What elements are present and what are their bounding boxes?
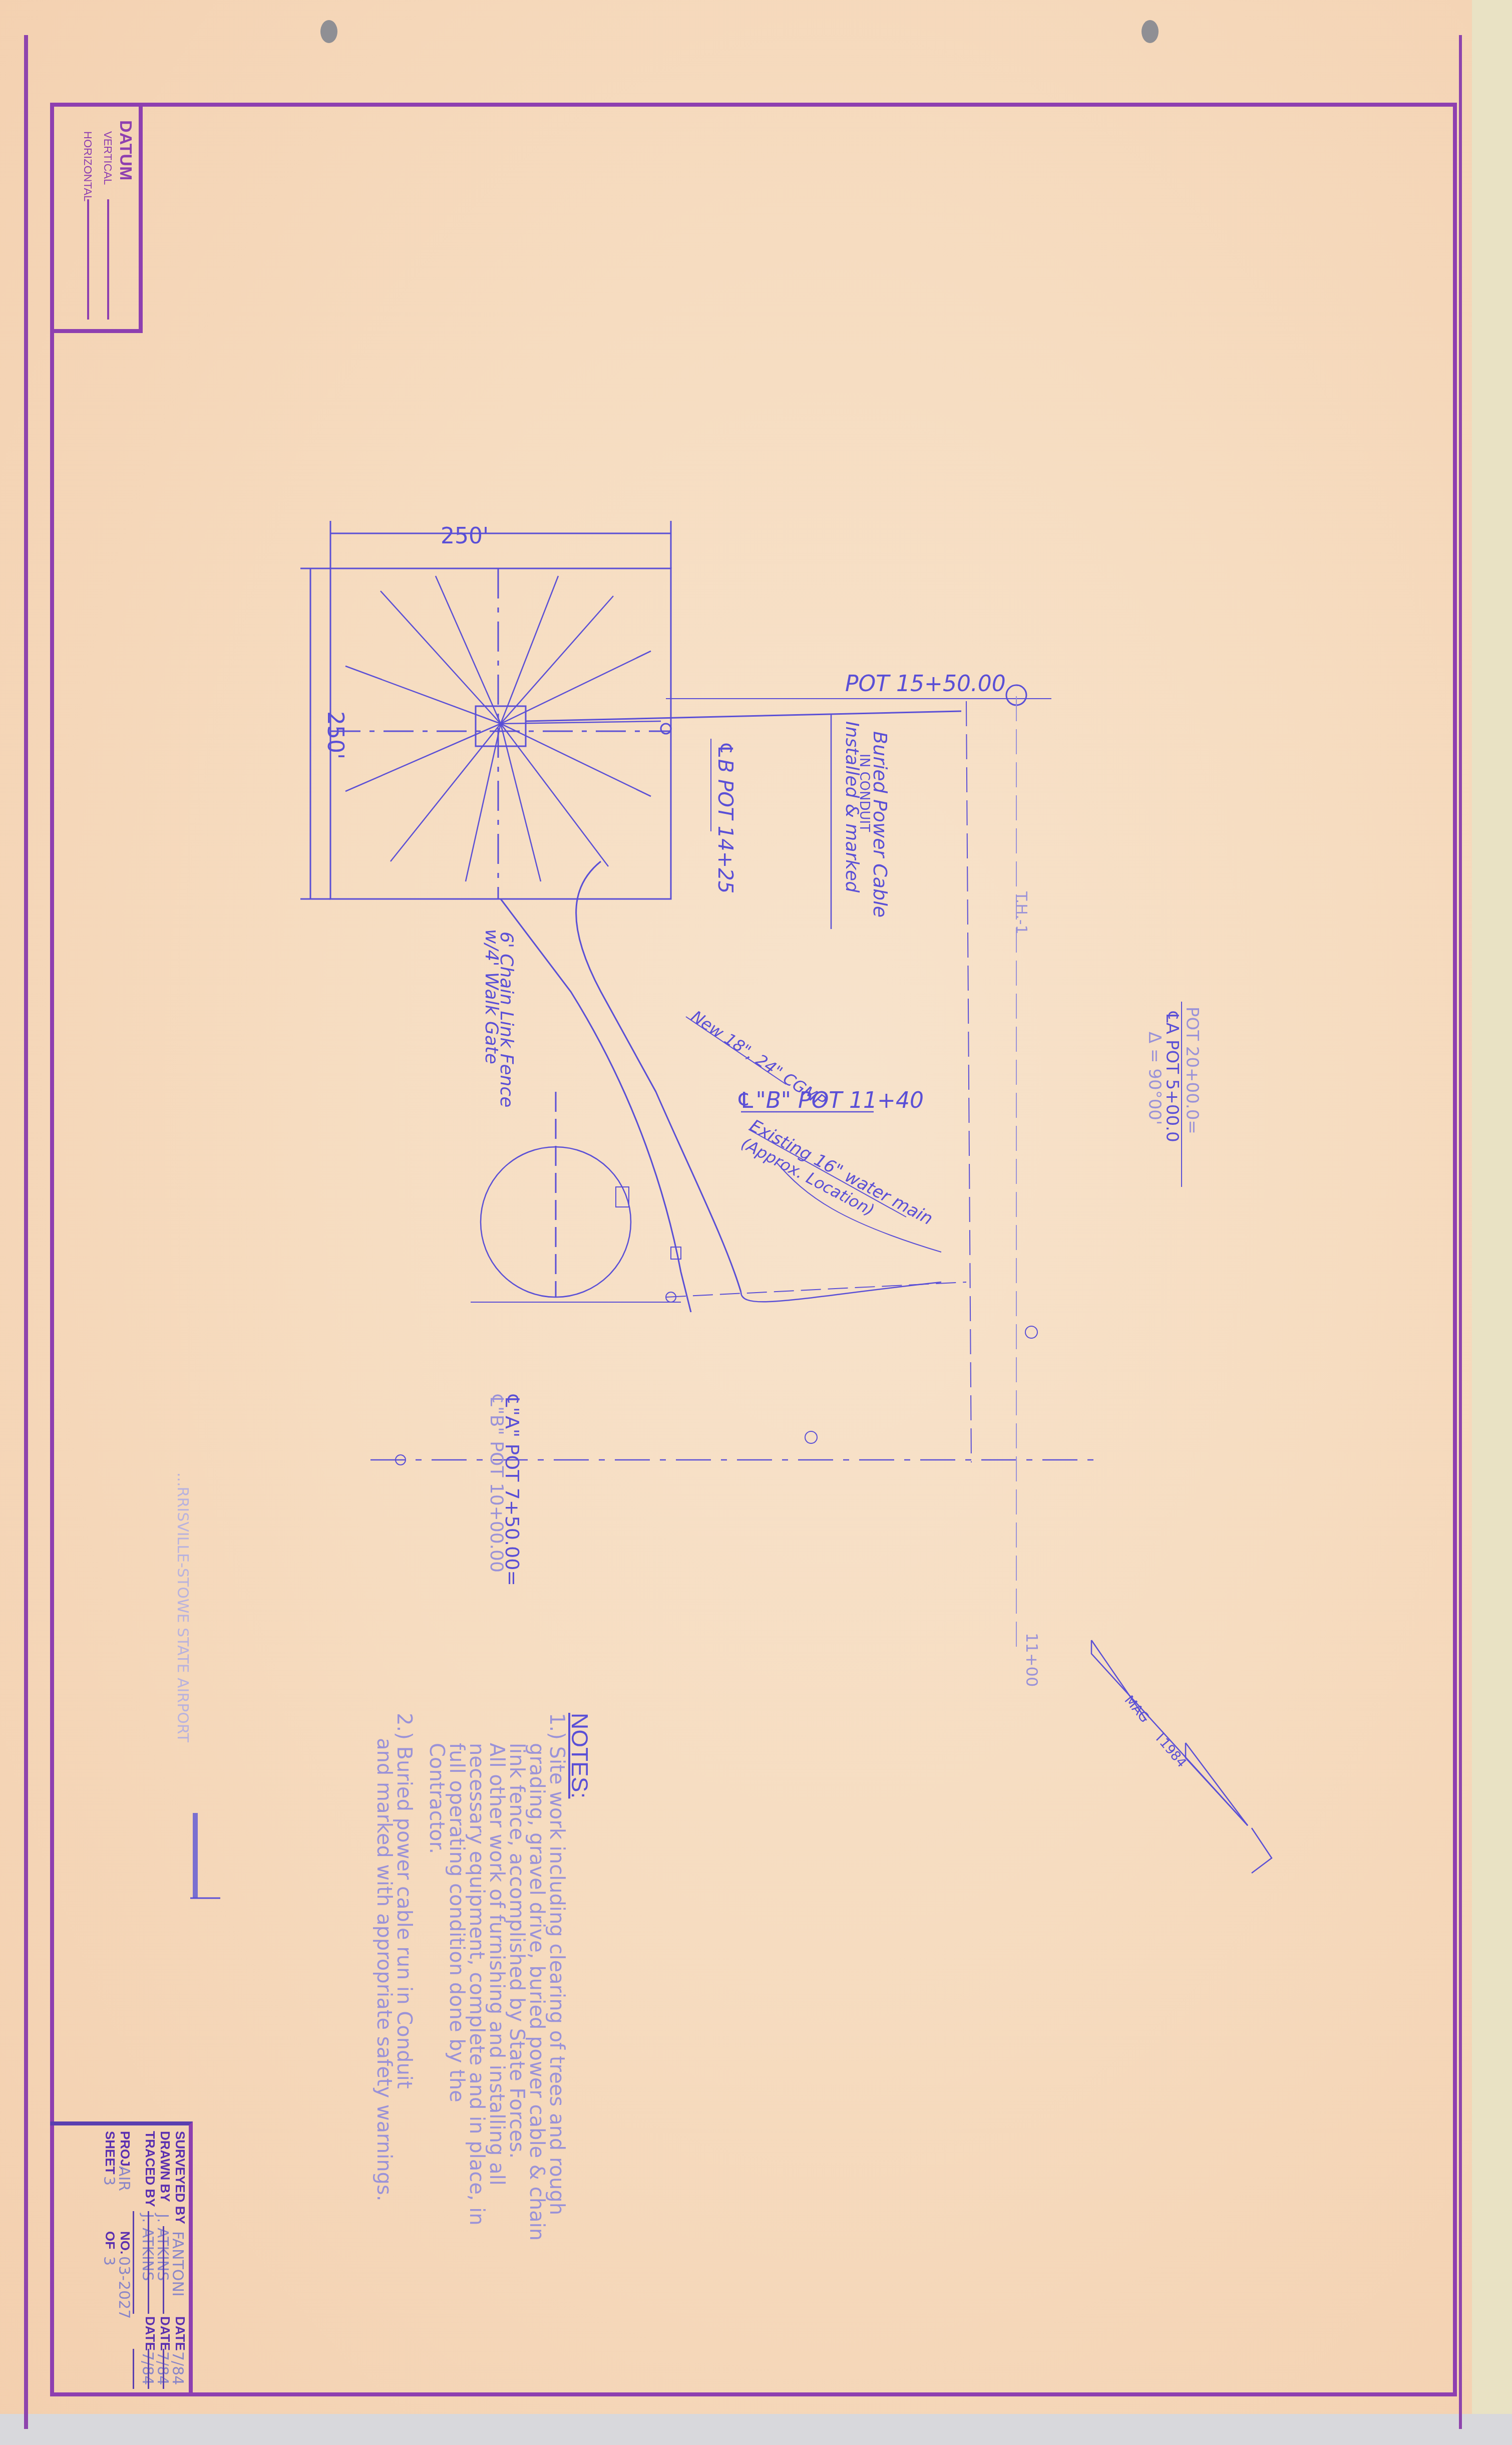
sheet-label: SHEET xyxy=(102,2131,118,2175)
traced-by-label: TRACED BY xyxy=(142,2131,158,2207)
note-1-line-1: 1.) Site work including clearing of tree… xyxy=(545,1713,568,2215)
traced-date-label: DATE xyxy=(142,2316,158,2351)
note-1-line-3: link fence, accomplished by State Forces… xyxy=(505,1743,528,2159)
water-main-label: Existing 16" water main xyxy=(746,1116,936,1230)
note-2-line-1: 2.) Buried power cable run in Conduit xyxy=(393,1713,416,2089)
sheet-of-label: OF xyxy=(102,2231,118,2249)
cl-b-14-label: ℄B POT 14+25 xyxy=(713,741,736,893)
site-plan-drawing: 250' 250' POT 15+50.00 Buried Power Cabl… xyxy=(0,0,1512,2445)
surveyed-by-value: FANTONI xyxy=(169,2231,186,2297)
proj-value: AIR xyxy=(115,2166,133,2191)
buried-cable-label: Buried Power Cable xyxy=(869,731,891,918)
traced-by-field-line xyxy=(133,2211,134,2314)
pot-15-label: POT 15+50.00 xyxy=(845,671,1006,697)
dim-height-label: 250' xyxy=(322,711,348,759)
note-1-line-4: All other work of furnishing and install… xyxy=(485,1743,508,2186)
station-11-label: 11+00 xyxy=(1022,1633,1041,1687)
curve-pot-20-label: POT 20+00.0= xyxy=(1182,1007,1202,1134)
installed-marked-label: Installed & marked xyxy=(842,721,862,893)
traced-date-field-line xyxy=(133,2349,134,2389)
surveyed-date-value: 7/84 xyxy=(169,2351,186,2385)
test-hole-label: T.H.-1 xyxy=(1012,891,1030,935)
proj-no-label: NO. xyxy=(117,2231,133,2254)
note-1-line-2: grading, gravel drive, buried power cabl… xyxy=(525,1743,548,2241)
drawn-by-field-line xyxy=(148,2211,149,2314)
ground-radials xyxy=(345,576,661,881)
walk-gate-label: w/4' Walk Gate xyxy=(481,929,502,1064)
note-1-line-7: Contractor. xyxy=(425,1743,448,1854)
cl-b-10-label: ℄"B" POT 10+00.00 xyxy=(486,1394,507,1573)
curve-cl-a-label: ℄A POT 5+00.0 xyxy=(1162,1011,1182,1142)
surveyed-date-label: DATE xyxy=(172,2316,188,2351)
note-1-line-5: necessary equipment, complete and in pla… xyxy=(465,1743,488,2226)
surveyed-by-label: SURVEYED BY xyxy=(172,2131,188,2224)
north-arrow-icon xyxy=(1091,1640,1272,1876)
curve-delta-label: Δ = 90°00' xyxy=(1145,1032,1165,1125)
proj-label: PROJ. xyxy=(117,2131,133,2170)
drawn-by-label: DRAWN BY xyxy=(157,2131,173,2202)
drawn-date-label: DATE xyxy=(157,2316,173,2351)
surveyed-by-field-line xyxy=(163,2226,164,2314)
drawn-date-field-line xyxy=(148,2349,149,2389)
sheet-value: 3 xyxy=(100,2176,118,2186)
sheet-of-value: 3 xyxy=(100,2256,118,2266)
fenced-enclosure xyxy=(330,568,671,899)
proj-no-value: 03-2027 xyxy=(115,2256,133,2319)
note-2-line-2: and marked with appropriate safety warni… xyxy=(372,1738,396,2202)
notes-title: NOTES: xyxy=(566,1713,593,1798)
surveyed-date-field-line xyxy=(163,2349,164,2389)
cl-b-11-label: ℄"B" POT 11+40 xyxy=(736,1088,924,1113)
note-1-line-6: full operating condition done by the xyxy=(445,1743,468,2102)
airport-faint-label: ...RRISVILLE-STOWE STATE AIRPORT xyxy=(174,1472,191,1743)
dim-width-label: 250' xyxy=(441,523,489,549)
